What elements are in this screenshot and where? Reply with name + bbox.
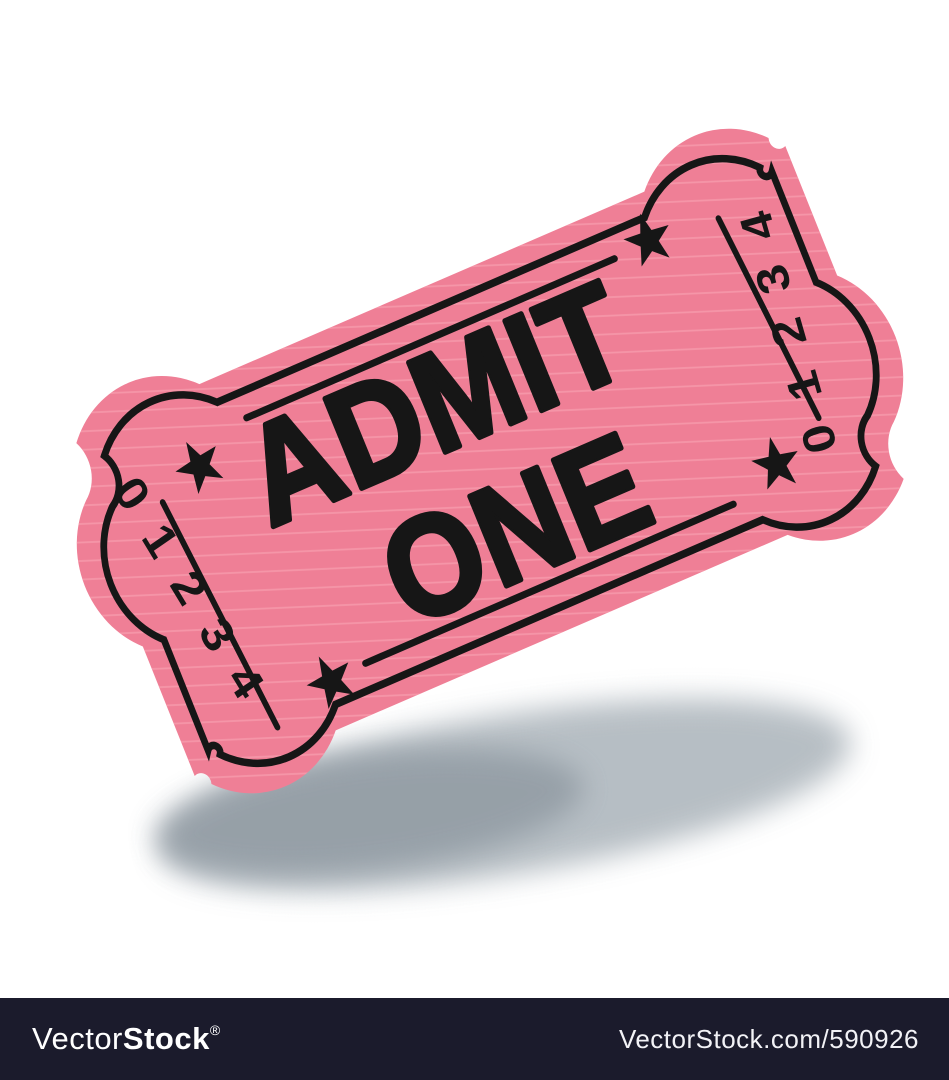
logo-text-regular: Vector <box>32 1021 123 1056</box>
logo-text-bold: Stock <box>123 1021 210 1056</box>
stage: ADMIT ONE 01234 01234 VectorStock® Vecto… <box>0 0 949 1080</box>
ticket-illustration: ADMIT ONE 01234 01234 <box>0 0 949 1080</box>
vectorstock-logo: VectorStock® <box>32 1021 221 1057</box>
registered-trademark-icon: ® <box>210 1022 221 1038</box>
watermark-bar: VectorStock® VectorStock.com/590926 <box>0 998 949 1080</box>
attribution-url: VectorStock.com/590926 <box>619 1024 919 1055</box>
